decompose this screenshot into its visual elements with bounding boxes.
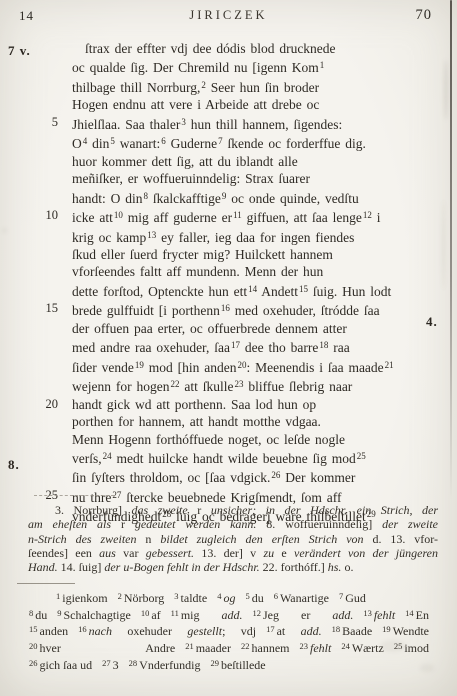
footnote-ref: 11 (233, 210, 242, 220)
text-line: Hogen endnu att vere i Arbeide att drebe… (72, 96, 444, 113)
variant-entry: 8du (28, 608, 47, 622)
footnote-ref: 22 (170, 379, 179, 389)
text-line: verſs,24 medt huilcke handt wilde beuebn… (72, 448, 444, 467)
apparatus-text: 13. der] (201, 546, 250, 560)
apparatus-text: En (416, 608, 429, 622)
apparatus-italic-text: am eheſten als (28, 517, 121, 531)
variant-entry: 5du (244, 591, 263, 605)
apparatus-italic-text: bildet zugleich den erſten Strich von (160, 532, 372, 546)
footnote-ref: 23 (234, 379, 243, 389)
variant-entry: 26gich ſaa ud (28, 658, 92, 672)
variant-number: 6 (274, 591, 278, 601)
variant-entry: 15anden (28, 624, 68, 638)
variant-number: 9 (57, 608, 61, 618)
footnote-ref: 21 (385, 360, 394, 370)
footnote-ref: 15 (299, 284, 308, 294)
apparatus-text: ſeendes] een (28, 546, 99, 560)
apparatus-text: du (35, 608, 47, 622)
variant-entry: 20hver Andre (28, 641, 175, 655)
apparatus-line: 26gich ſaa ud27328Vnderfundig29beſtilled… (28, 656, 438, 673)
footnote-ref: 2 (201, 80, 206, 90)
apparatus-line: n-Strich des zweiten n bildet zugleich d… (28, 532, 438, 546)
variant-entry: 14En (404, 608, 429, 622)
apparatus-italic-text: zu (263, 546, 281, 560)
variant-entry: 22hannem (240, 641, 290, 655)
scan-smudge (2, 228, 7, 233)
variant-entry: 28Vnderfundig (128, 658, 201, 672)
text-line: 20handt gick wd att porthenn. Saa lod hu… (72, 396, 444, 413)
apparatus-line: ſeendes] een aus var gebessert. 13. der]… (28, 546, 438, 560)
text-line: ſider vende19 mod [hin anden20: Meenendi… (72, 357, 444, 376)
text-line: krig oc kamp13 ey faller, ieg daa for in… (72, 227, 444, 246)
scan-edge-artifact (450, 0, 452, 500)
apparatus-text: beſtillede (221, 658, 266, 672)
variant-number: 16 (78, 624, 87, 634)
apparatus-text: 22. forthóff.] (263, 560, 328, 574)
apparatus-italic-text: gestellt (187, 624, 222, 638)
variant-entry: 2Nörborg (117, 591, 165, 605)
footnote-ref: 24 (103, 451, 112, 461)
footnote-ref: 26 (271, 470, 280, 480)
apparatus-italic-text: fehlt (374, 608, 395, 622)
apparatus-italic-text: og (223, 591, 235, 605)
apparatus-text: r (197, 503, 211, 517)
apparatus-text: Gud (345, 591, 366, 605)
running-title: JIRICZEK (0, 8, 457, 23)
variant-number: 2 (118, 591, 122, 601)
variant-entry: 19Wendte (381, 624, 429, 638)
page-number-right: 70 (416, 7, 433, 24)
text-line: meñiſker, er woffueruinndelig: Strax ſua… (72, 170, 444, 187)
apparatus-italic-text: nach (89, 624, 128, 638)
footnote-ref: 13 (147, 230, 156, 240)
footnote-ref: 25 (357, 451, 366, 461)
apparatus-italic-text: unsicher; in der Hdschr. ein Strich, der (211, 503, 438, 517)
footnote-ref: 8 (144, 191, 149, 201)
apparatus-italic-text: der u-Bogen fehlt in der Hdschr. (104, 560, 262, 574)
scan-smudge (442, 200, 445, 290)
margin-note-folio-7v: 7 v. (8, 43, 31, 59)
text-line: 5Jhielſlaa. Saa thaler3 hun thill hannem… (72, 114, 444, 133)
apparatus-text: v (250, 546, 263, 560)
apparatus-italic-text: gedeutet werden kann. (135, 517, 266, 531)
apparatus-italic-text: der zweite (382, 517, 438, 531)
footnote-ref: 12 (363, 210, 372, 220)
variant-entry: 3taldte (173, 591, 207, 605)
footnote-ref: 1 (320, 60, 325, 70)
footnote-ref: 18 (319, 340, 328, 350)
footnote-ref: 20 (237, 360, 246, 370)
apparatus-text: at (277, 624, 301, 638)
footnote-ref: 4 (83, 136, 88, 146)
apparatus-italic-text: das zweite (132, 503, 198, 517)
apparatus-italic-text: hs. (328, 560, 345, 574)
line-number: 5 (32, 114, 58, 131)
text-line: huor kommer dett ſig, att du iblandt all… (72, 153, 444, 170)
variant-entry: 24Wærtz (340, 641, 384, 655)
variant-entry: 18Baade (331, 624, 372, 638)
apparatus-italic-text: Hand. (28, 560, 61, 574)
variant-number: 14 (405, 608, 414, 618)
apparatus-text: maader (196, 641, 231, 655)
apparatus-text: anden (40, 624, 69, 638)
apparatus-text: r (121, 517, 135, 531)
apparatus-italic-text: add. (332, 608, 353, 622)
text-line: der offuen paa erter, oc offuerbrede den… (72, 320, 444, 337)
text-line: oc qualde ſig. Der Chremild nu [igenn Ko… (72, 57, 444, 76)
scanned-book-page: 14 JIRICZEK 70 7 v. 4. 8. ſtrax der efft… (0, 0, 457, 696)
footnote-ref: 6 (161, 136, 166, 146)
variant-number: 10 (141, 608, 150, 618)
apparatus-text: Vnderfundig (139, 658, 200, 672)
line-number: 10 (32, 207, 58, 224)
footnote-ref: 14 (248, 284, 257, 294)
variant-entry: 1igienkom (55, 591, 108, 605)
apparatus-text: Baade (342, 624, 372, 638)
footnote-ref: 10 (114, 210, 123, 220)
variant-number: 29 (210, 658, 219, 668)
apparatus-italic-text: verändert von der jüngeren (294, 546, 438, 560)
apparatus-text: n (145, 532, 160, 546)
variant-entry: 29beſtillede (209, 658, 265, 672)
footnote-ref: 5 (110, 136, 115, 146)
apparatus-text: 8. woffueruinndelig] (266, 517, 382, 531)
apparatus-text: 14. ſuig] (61, 560, 105, 574)
apparatus-text: 3 (113, 658, 119, 672)
apparatus-text: d. 13. vfor- (372, 532, 438, 546)
text-line: 15brede gulffuidt [i porthenn16 med oxeh… (72, 300, 444, 319)
apparatus-italic-text: add. (301, 624, 322, 638)
text-line: med andre raa oxehuder, ſaa17 dee tho ba… (72, 337, 444, 356)
margin-note-left-8: 8. (8, 457, 20, 473)
footnote-ref: 17 (231, 340, 240, 350)
variant-entry: 16nach oxehuder gestellt; vdj (77, 624, 256, 638)
variant-entry: 4og (216, 591, 235, 605)
variant-number: 28 (129, 658, 138, 668)
apparatus-italic-text: add. (222, 608, 243, 622)
apparatus-variant-notes: 1igienkom2Nörborg3taldte4og5du6Wanartige… (28, 589, 438, 673)
variant-entry: 7Gud (338, 591, 366, 605)
variant-number: 13 (363, 608, 372, 618)
variant-entry: 9Schalchagtige (56, 608, 131, 622)
text-line: wejenn for hogen22 att ſkulle23 bliffue … (72, 376, 444, 395)
variant-number: 21 (185, 641, 194, 651)
apparatus-line: 20hver Andre21maader22hannem23fehlt24Wær… (28, 639, 438, 656)
apparatus-italic-text: fehlt (310, 641, 331, 655)
apparatus-text: Schalchagtige (64, 608, 131, 622)
apparatus-text: imod (404, 641, 429, 655)
apparatus-text: Wanartige (280, 591, 329, 605)
variant-number: 20 (29, 641, 38, 651)
apparatus-critical-notes: 3. Norrburg] das zweite r unsicher; in d… (28, 503, 438, 574)
text-line: porthen for hannem, att handt motthe vdg… (72, 413, 444, 430)
scan-smudge (380, 640, 406, 652)
variant-number: 24 (341, 641, 350, 651)
variant-number: 3 (174, 591, 178, 601)
variant-entry: 10af (140, 608, 161, 622)
text-line: vforſeendes faltt aff mundenn. Menn der … (72, 263, 444, 280)
text-line: dette forſtod, Optenckte hun ett14 Andet… (72, 281, 444, 300)
variant-number: 27 (102, 658, 111, 668)
apparatus-text: Wærtz (352, 641, 384, 655)
text-line: handt: O din8 ſkalckafftige9 oc onde qui… (72, 188, 444, 207)
apparatus-line: 15anden16nach oxehuder gestellt; vdj17at… (28, 622, 438, 639)
footnote-ref: 9 (222, 191, 227, 201)
footnote-ref: 16 (221, 303, 230, 313)
apparatus-line: am eheſten als r gedeutet werden kann. 8… (28, 517, 438, 531)
apparatus-text: e (281, 546, 294, 560)
apparatus-line: 3. Norrburg] das zweite r unsicher; in d… (28, 503, 438, 517)
variant-number: 18 (332, 624, 341, 634)
footnote-ref: 7 (218, 136, 223, 146)
apparatus-separator-bottom (17, 583, 75, 584)
variant-number: 15 (29, 624, 38, 634)
apparatus-text: taldte (181, 591, 208, 605)
footnote-ref: 3 (181, 117, 186, 127)
apparatus-text: gich ſaa ud (40, 658, 93, 672)
apparatus-text: ; vdj (222, 624, 256, 638)
apparatus-line: 8du9Schalchagtige10af11mig add.12Jeg er … (28, 606, 438, 623)
text-line: thilbage thill Norrburg,2 Seer hun ſin b… (72, 77, 444, 96)
variant-entry: 273 (101, 658, 119, 672)
variant-number: 4 (217, 591, 221, 601)
text-line: ſtrax der effter vdj dee dódis blod druc… (72, 40, 444, 57)
variant-entry: 17at add. (265, 624, 322, 638)
apparatus-italic-text: aus (99, 546, 123, 560)
scan-smudge (420, 664, 434, 672)
apparatus-text: Jeg er (263, 608, 332, 622)
line-number: 20 (32, 396, 58, 413)
apparatus-text: o. (344, 560, 353, 574)
variant-number: 11 (171, 608, 179, 618)
variant-entry: 23fehlt (299, 641, 332, 655)
apparatus-text: Nörborg (124, 591, 164, 605)
variant-number: 22 (241, 641, 250, 651)
variant-number: 8 (29, 608, 33, 618)
text-line: 10icke att10 mig aff guderne er11 giffue… (72, 207, 444, 226)
apparatus-separator-top (34, 495, 114, 496)
text-line: O4 din5 wanart:6 Guderne7 ſkende oc ford… (72, 133, 444, 152)
variant-number: 26 (29, 658, 38, 668)
apparatus-text: oxehuder (127, 624, 187, 638)
apparatus-text: hver Andre (40, 641, 176, 655)
variant-entry: 11mig add. (170, 608, 243, 622)
variant-entry: 21maader (184, 641, 231, 655)
apparatus-italic-text: gebessert. (146, 546, 202, 560)
variant-entry: 12Jeg er add. (252, 608, 354, 622)
variant-number: 19 (382, 624, 391, 634)
variant-number: 1 (56, 591, 60, 601)
variant-number: 7 (339, 591, 343, 601)
apparatus-italic-text: n-Strich des zweiten (28, 532, 145, 546)
variant-number: 5 (245, 591, 249, 601)
apparatus-text: du (252, 591, 264, 605)
footnote-ref: 19 (135, 360, 144, 370)
apparatus-text: Wendte (393, 624, 429, 638)
variant-entry: 6Wanartige (273, 591, 329, 605)
apparatus-text: mig (181, 608, 222, 622)
variant-number: 23 (300, 641, 309, 651)
apparatus-text: 3. Norrburg] (55, 503, 132, 517)
scan-smudge (444, 60, 448, 120)
apparatus-line: 1igienkom2Nörborg3taldte4og5du6Wanartige… (28, 589, 438, 606)
variant-entry: 13fehlt (362, 608, 395, 622)
text-line: ſin ſyſters throldom, oc [ſaa vdgick.26 … (72, 467, 444, 486)
variant-number: 17 (266, 624, 275, 634)
apparatus-text: var (123, 546, 146, 560)
text-line: Menn Hogenn forthóffuede noget, oc leſde… (72, 431, 444, 448)
line-number: 15 (32, 300, 58, 317)
apparatus-text: af (151, 608, 160, 622)
apparatus-line: Hand. 14. ſuig] der u-Bogen fehlt in der… (28, 560, 438, 574)
apparatus-text: hannem (252, 641, 290, 655)
variant-number: 12 (253, 608, 262, 618)
apparatus-text: igienkom (62, 591, 107, 605)
main-text: ſtrax der effter vdj dee dódis blod druc… (72, 40, 444, 526)
text-line: ſkud eller ſuerd frycter mig? Huilckett … (72, 246, 444, 263)
